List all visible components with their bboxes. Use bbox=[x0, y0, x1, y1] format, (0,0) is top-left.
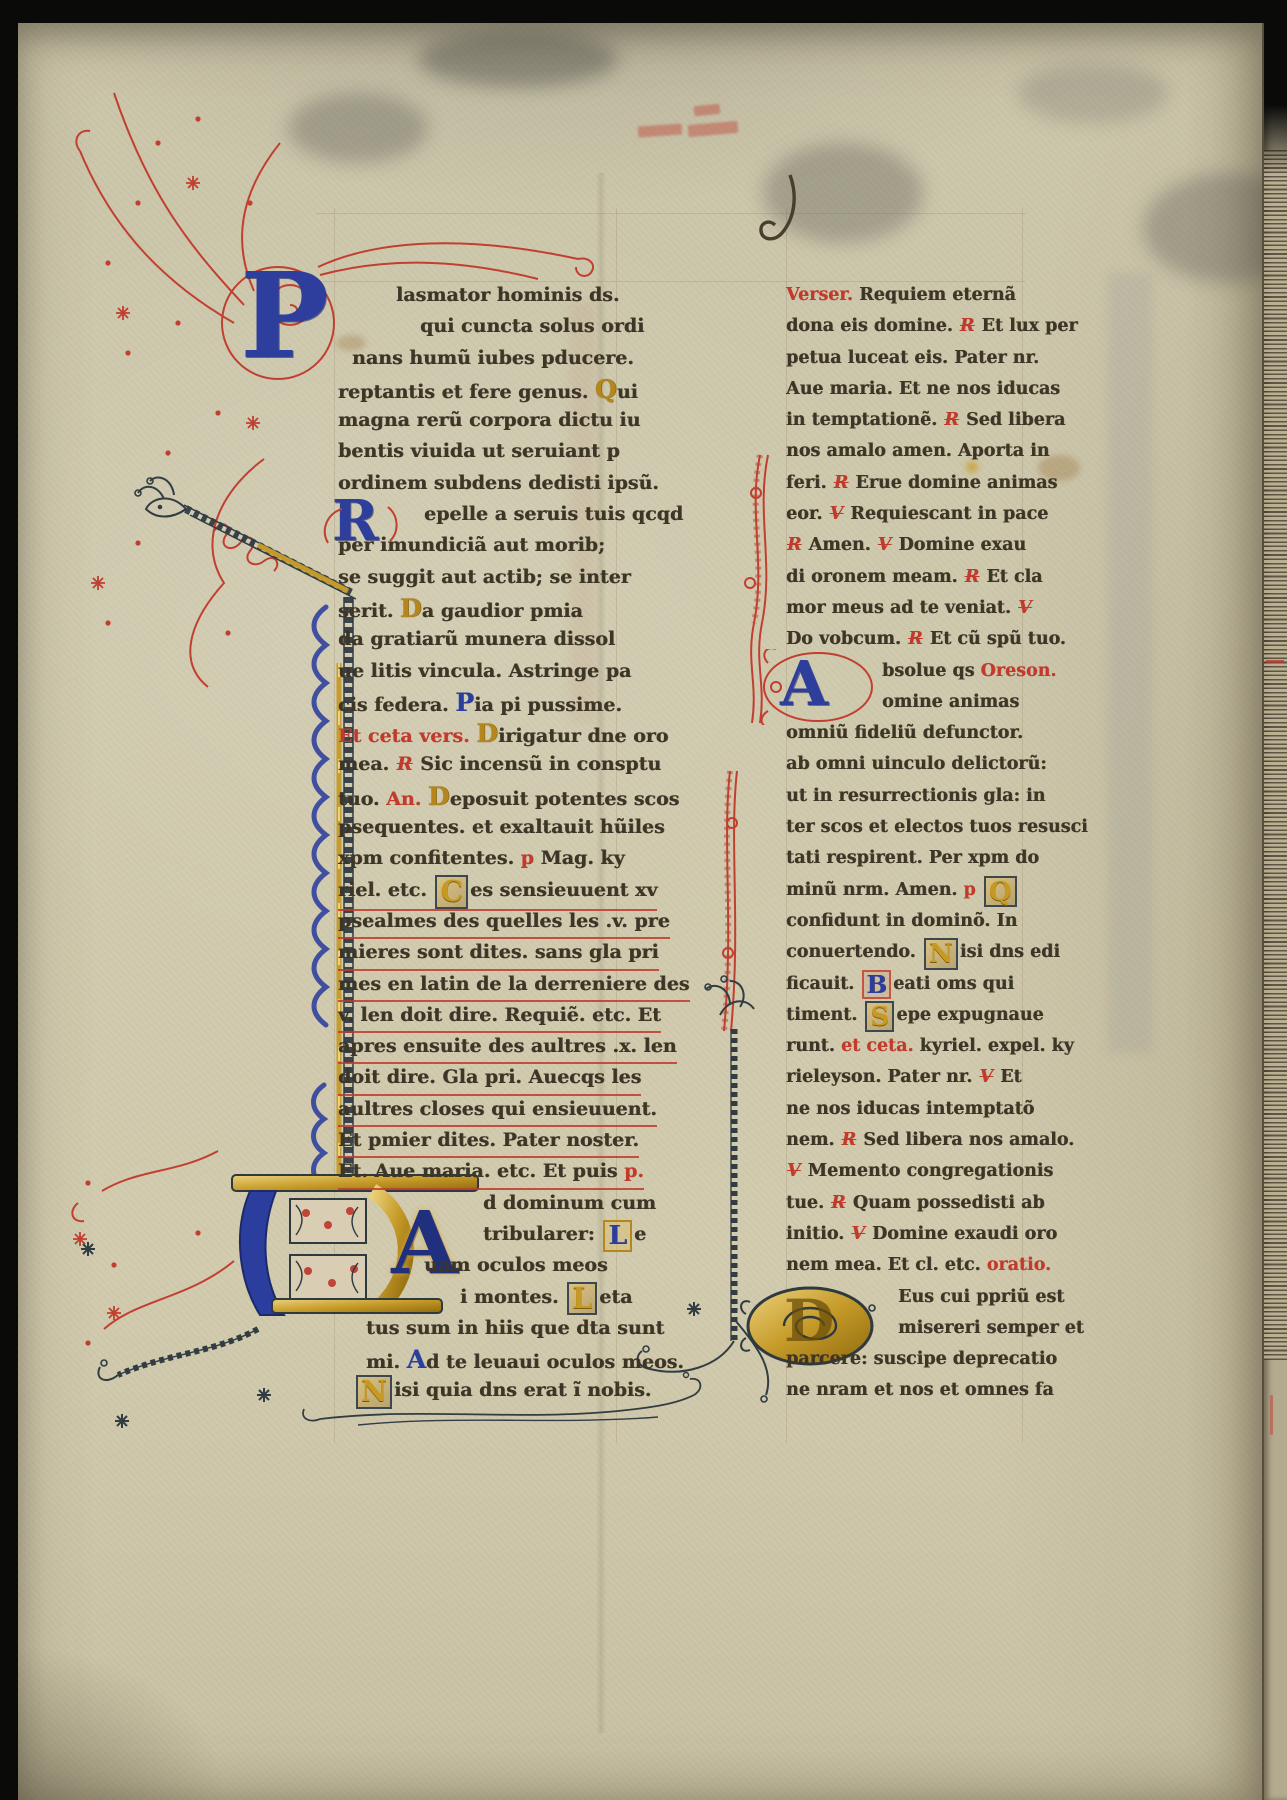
text-line: nans humũ iubes pducere. bbox=[338, 343, 614, 374]
text-segment: Requiem eternã bbox=[859, 285, 1016, 305]
text-line: ter scos et electos tuos resusci bbox=[786, 812, 1022, 843]
text-segment: An. bbox=[386, 788, 428, 810]
text-segment: R bbox=[396, 753, 414, 775]
text-segment: minũ nrm. Amen. bbox=[786, 880, 964, 900]
text-line: psequentes. et exaltauit hũiles bbox=[338, 812, 614, 843]
text-segment: Verser. bbox=[786, 285, 859, 305]
initial-letter: P bbox=[240, 257, 330, 375]
text-segment: R bbox=[830, 1193, 847, 1213]
text-segment: C bbox=[435, 875, 468, 909]
text-line: qui cuncta solus ordi bbox=[338, 311, 614, 342]
text-segment: v. len doit dire. Requiẽ. etc. Et bbox=[338, 1004, 661, 1026]
text-segment: irigatur dne oro bbox=[498, 725, 668, 747]
text-segment: isi dns edi bbox=[960, 942, 1060, 962]
text-line: Verser. Requiem eternã bbox=[786, 280, 1022, 311]
blue-leaf-border bbox=[314, 607, 327, 1187]
text-line: ab omni uinculo delictorũ: bbox=[786, 749, 1022, 780]
text-segment: xpm confitentes. bbox=[338, 847, 521, 869]
text-segment: Q bbox=[595, 374, 617, 404]
text-segment: di oronem meam. bbox=[786, 567, 964, 587]
text-segment: rieleyson. Pater nr. bbox=[786, 1067, 978, 1087]
ruling-line bbox=[316, 213, 1026, 214]
text-segment: tribularer: bbox=[483, 1223, 601, 1245]
text-segment: parcere: suscipe deprecatio bbox=[786, 1349, 1057, 1369]
text-line: psealmes des quelles les .v. pre bbox=[338, 906, 614, 937]
text-line: d dominum cum bbox=[338, 1188, 614, 1219]
text-segment: tati respirent. Per xpm do bbox=[786, 848, 1039, 868]
smudge bbox=[1018, 63, 1168, 123]
text-line: bsolue qs Oreson. bbox=[786, 656, 1022, 687]
text-segment: uam oculos meos bbox=[424, 1254, 608, 1276]
text-line: Et ceta vers. Dirigatur dne oro bbox=[338, 718, 614, 749]
text-segment: V bbox=[978, 1067, 994, 1087]
text-line: mor meus ad te veniat. V bbox=[786, 593, 1022, 624]
text-line: conuertendo. Nisi dns edi bbox=[786, 937, 1022, 968]
text-line: Do vobcum. R Et cũ spũ tuo. bbox=[786, 624, 1022, 655]
text-line: R Amen. V Domine exau bbox=[786, 530, 1022, 561]
text-segment: conuertendo. bbox=[786, 942, 922, 962]
text-segment: Sic incensũ in consptu bbox=[414, 753, 662, 775]
text-segment: ui bbox=[617, 381, 638, 403]
text-segment: Et cla bbox=[980, 567, 1042, 587]
text-line: mi. Ad te leuaui oculos meos. bbox=[338, 1344, 614, 1375]
text-line: apres ensuite des aultres .x. len bbox=[338, 1031, 614, 1062]
text-segment: eta bbox=[599, 1286, 632, 1308]
text-segment: es sensieuuent xv bbox=[470, 879, 657, 901]
text-segment: omine animas bbox=[882, 692, 1019, 712]
text-column-right: Verser. Requiem eternãdona eis domine. R… bbox=[786, 280, 1022, 1407]
text-segment: per imundiciã aut morib; bbox=[338, 534, 605, 556]
text-segment: eposuit potentes scos bbox=[450, 788, 680, 810]
text-line: timent. Sepe expugnaue bbox=[786, 1000, 1022, 1031]
text-segment: R bbox=[907, 629, 924, 649]
text-line: reptantis et fere genus. Qui bbox=[338, 374, 614, 405]
text-segment: R bbox=[841, 1130, 858, 1150]
text-line: bentis viuida ut seruiant p bbox=[338, 436, 614, 467]
text-segment: N bbox=[924, 938, 958, 970]
text-segment: L bbox=[567, 1282, 597, 1316]
book-fore-edge-pages bbox=[1262, 0, 1287, 1800]
text-line: nos amalo amen. Aporta in bbox=[786, 436, 1022, 467]
text-segment: Amen. bbox=[803, 535, 877, 555]
text-line: mes en latin de la derreniere des bbox=[338, 969, 614, 1000]
text-line: se suggit aut actib; se inter bbox=[338, 562, 614, 593]
text-segment: riel. etc. bbox=[338, 879, 433, 901]
text-line: confidunt in dominõ. In bbox=[786, 906, 1022, 937]
text-segment: feri. bbox=[786, 473, 833, 493]
text-segment: Domine exau bbox=[892, 535, 1026, 555]
text-segment: nos amalo amen. Aporta in bbox=[786, 441, 1049, 461]
pen-trial-mark bbox=[761, 175, 794, 239]
text-segment: initio. bbox=[786, 1224, 850, 1244]
text-segment: A bbox=[407, 1344, 426, 1374]
text-segment: nem. bbox=[786, 1130, 841, 1150]
text-line: lasmator hominis ds. bbox=[338, 280, 614, 311]
text-segment: misereri semper et bbox=[898, 1318, 1084, 1338]
text-segment: da gratiarũ munera dissol bbox=[338, 628, 615, 650]
text-segment: p bbox=[521, 847, 541, 869]
fore-edge-rubric-mark bbox=[1266, 660, 1284, 663]
text-segment: V bbox=[786, 1161, 802, 1181]
verso-show-through bbox=[1108, 273, 1152, 1053]
text-line: aultres closes qui ensieuuent. bbox=[338, 1094, 614, 1125]
text-line: da gratiarũ munera dissol bbox=[338, 624, 614, 655]
text-segment: V bbox=[877, 535, 893, 555]
text-line: magna rerũ corpora dictu iu bbox=[338, 405, 614, 436]
text-segment: magna rerũ corpora dictu iu bbox=[338, 409, 640, 431]
text-segment: nem mea. Et cl. etc. bbox=[786, 1255, 987, 1275]
text-segment: ordinem subdens dedisti ipsũ. bbox=[338, 472, 659, 494]
text-segment: e bbox=[634, 1223, 646, 1245]
text-segment: confidunt in dominõ. In bbox=[786, 911, 1017, 931]
text-segment: Et lux per bbox=[975, 316, 1077, 336]
text-segment: D bbox=[400, 593, 422, 623]
text-segment: B bbox=[862, 970, 891, 1000]
text-segment: Sed libera bbox=[960, 410, 1065, 430]
text-segment: psequentes. et exaltauit hũiles bbox=[338, 816, 665, 838]
text-segment: d te leuaui oculos meos. bbox=[426, 1351, 684, 1373]
text-segment: Erue domine animas bbox=[849, 473, 1057, 493]
text-segment: ab omni uinculo delictorũ: bbox=[786, 754, 1047, 774]
text-segment: S bbox=[865, 1001, 894, 1033]
text-segment: kyriel. expel. ky bbox=[920, 1036, 1074, 1056]
text-segment: N bbox=[356, 1375, 392, 1409]
text-segment: psealmes des quelles les .v. pre bbox=[338, 910, 670, 932]
text-line: nem. R Sed libera nos amalo. bbox=[786, 1125, 1022, 1156]
text-segment: ter scos et electos tuos resusci bbox=[786, 817, 1088, 837]
text-segment: qui cuncta solus ordi bbox=[420, 315, 644, 337]
text-line: minũ nrm. Amen. p Q bbox=[786, 875, 1022, 906]
text-segment: doit dire. Gla pri. Auecqs les bbox=[338, 1066, 641, 1088]
black-border-top bbox=[0, 0, 1287, 23]
text-segment: a gaudior pmia bbox=[422, 600, 583, 622]
text-segment: R bbox=[943, 410, 960, 430]
text-line: epelle a seruis tuis qcqd bbox=[338, 499, 614, 530]
text-column-left: lasmator hominis ds.qui cuncta solus ord… bbox=[338, 280, 614, 1407]
text-segment: Do vobcum. bbox=[786, 629, 907, 649]
text-segment: Et. Aue maria. etc. Et puis bbox=[338, 1160, 624, 1182]
text-segment: ne nram et nos et omnes fa bbox=[786, 1380, 1054, 1400]
text-segment: Q bbox=[984, 876, 1017, 908]
manuscript-photo: P R A A bbox=[0, 0, 1287, 1800]
gold-bar bbox=[258, 545, 348, 1185]
text-line: cis federa. Pia pi pussime. bbox=[338, 687, 614, 718]
text-segment: ia pi pussime. bbox=[474, 694, 622, 716]
text-segment: bsolue qs bbox=[882, 661, 981, 681]
text-segment: ue litis vincula. Astringe pa bbox=[338, 660, 631, 682]
text-line: parcere: suscipe deprecatio bbox=[786, 1344, 1022, 1375]
text-line: omine animas bbox=[786, 687, 1022, 718]
fore-edge-text-lines bbox=[1264, 150, 1287, 1360]
text-line: tuo. An. Deposuit potentes scos bbox=[338, 781, 614, 812]
text-segment: petua luceat eis. Pater nr. bbox=[786, 348, 1039, 368]
smudge bbox=[288, 93, 428, 163]
text-segment: lasmator hominis ds. bbox=[396, 284, 619, 306]
text-line: tus sum in hiis que dta sunt bbox=[338, 1313, 614, 1344]
smudge bbox=[763, 143, 923, 243]
text-segment: D bbox=[476, 718, 498, 748]
text-line: dona eis domine. R Et lux per bbox=[786, 311, 1022, 342]
text-line: omniũ fideliũ defunctor. bbox=[786, 718, 1022, 749]
text-segment: V bbox=[829, 504, 845, 524]
smudge bbox=[418, 31, 618, 87]
text-line: tribularer: Le bbox=[338, 1219, 614, 1250]
text-line: di oronem meam. R Et cla bbox=[786, 562, 1022, 593]
text-line: Nisi quia dns erat ĩ nobis. bbox=[338, 1375, 614, 1406]
text-segment: apres ensuite des aultres .x. len bbox=[338, 1035, 677, 1057]
text-line: Eus cui ppriũ est bbox=[786, 1282, 1022, 1313]
text-segment: mor meus ad te veniat. bbox=[786, 598, 1017, 618]
text-segment: eati oms qui bbox=[893, 974, 1014, 994]
text-segment: omniũ fideliũ defunctor. bbox=[786, 723, 1023, 743]
text-line: per imundiciã aut morib; bbox=[338, 530, 614, 561]
text-segment: tue. bbox=[786, 1193, 830, 1213]
text-line: V Memento congregationis bbox=[786, 1156, 1022, 1187]
text-segment: D bbox=[428, 781, 450, 811]
text-line: misereri semper et bbox=[786, 1313, 1022, 1344]
text-segment: isi quia dns erat ĩ nobis. bbox=[394, 1379, 651, 1401]
text-segment: Et ceta vers. bbox=[338, 725, 476, 747]
text-line: in temptationẽ. R Sed libera bbox=[786, 405, 1022, 436]
faint-red-inscription bbox=[630, 103, 750, 151]
text-line: ut in resurrectionis gla: in bbox=[786, 781, 1022, 812]
text-line: ficauit. Beati oms qui bbox=[786, 969, 1022, 1000]
text-segment: R bbox=[786, 535, 803, 555]
text-segment: in temptationẽ. bbox=[786, 410, 943, 430]
text-line: Aue maria. Et ne nos iducas bbox=[786, 374, 1022, 405]
text-segment: ficauit. bbox=[786, 974, 860, 994]
text-segment: Et bbox=[994, 1067, 1022, 1087]
text-segment: p bbox=[964, 880, 982, 900]
text-line: nem mea. Et cl. etc. oratio. bbox=[786, 1250, 1022, 1281]
text-line: doit dire. Gla pri. Auecqs les bbox=[338, 1062, 614, 1093]
text-segment: bentis viuida ut seruiant p bbox=[338, 440, 620, 462]
text-segment: mea. bbox=[338, 753, 396, 775]
text-segment: oratio. bbox=[987, 1255, 1051, 1275]
text-segment: tuo. bbox=[338, 788, 386, 810]
text-line: mieres sont dites. sans gla pri bbox=[338, 937, 614, 968]
text-segment: epe expugnaue bbox=[896, 1005, 1043, 1025]
text-segment: Mag. ky bbox=[541, 847, 625, 869]
text-line: ne nos iducas intemptatõ bbox=[786, 1094, 1022, 1125]
text-line: feri. R Erue domine animas bbox=[786, 468, 1022, 499]
text-line: eor. V Requiescant in pace bbox=[786, 499, 1022, 530]
text-segment: dona eis domine. bbox=[786, 316, 959, 336]
text-line: ue litis vincula. Astringe pa bbox=[338, 656, 614, 687]
text-segment: Memento congregationis bbox=[802, 1161, 1054, 1181]
text-line: mea. R Sic incensũ in consptu bbox=[338, 749, 614, 780]
text-line: initio. V Domine exaudi oro bbox=[786, 1219, 1022, 1250]
text-segment: Et cũ spũ tuo. bbox=[924, 629, 1066, 649]
text-segment: d dominum cum bbox=[483, 1192, 656, 1214]
text-segment: nans humũ iubes pducere. bbox=[352, 347, 634, 369]
text-segment: R bbox=[959, 316, 976, 336]
illuminated-initial-plasmator: P bbox=[226, 251, 330, 393]
text-segment: R bbox=[833, 473, 850, 493]
text-segment: serit. bbox=[338, 600, 400, 622]
text-segment: Domine exaudi oro bbox=[866, 1224, 1057, 1244]
text-segment: ne nos iducas intemptatõ bbox=[786, 1099, 1034, 1119]
text-line: xpm confitentes. p Mag. ky bbox=[338, 843, 614, 874]
text-segment: Oreson. bbox=[981, 661, 1057, 681]
text-segment: Requiescant in pace bbox=[844, 504, 1048, 524]
text-segment: epelle a seruis tuis qcqd bbox=[424, 503, 683, 525]
text-segment: eor. bbox=[786, 504, 829, 524]
text-line: v. len doit dire. Requiẽ. etc. Et bbox=[338, 1000, 614, 1031]
text-line: serit. Da gaudior pmia bbox=[338, 593, 614, 624]
text-segment: V bbox=[1017, 598, 1033, 618]
text-segment: V bbox=[850, 1224, 866, 1244]
text-segment: aultres closes qui ensieuuent. bbox=[338, 1098, 657, 1120]
text-segment: et ceta. bbox=[841, 1036, 920, 1056]
text-segment: Eus cui ppriũ est bbox=[898, 1287, 1064, 1307]
text-segment: Aue maria. Et ne nos iducas bbox=[786, 379, 1060, 399]
text-line: runt. et ceta. kyriel. expel. ky bbox=[786, 1031, 1022, 1062]
text-line: tati respirent. Per xpm do bbox=[786, 843, 1022, 874]
fore-edge-shadow bbox=[1264, 0, 1287, 175]
text-line: Et. Aue maria. etc. Et puis p. bbox=[338, 1156, 614, 1187]
text-segment: Quam possedisti ab bbox=[847, 1193, 1045, 1213]
text-segment: P bbox=[455, 687, 474, 717]
text-line: riel. etc. Ces sensieuuent xv bbox=[338, 875, 614, 906]
text-segment: se suggit aut actib; se inter bbox=[338, 566, 631, 588]
text-segment: L bbox=[603, 1220, 632, 1252]
text-segment: cis federa. bbox=[338, 694, 455, 716]
text-segment: ut in resurrectionis gla: in bbox=[786, 786, 1045, 806]
text-segment: Sed libera nos amalo. bbox=[857, 1130, 1074, 1150]
black-border-left bbox=[0, 0, 18, 1800]
text-segment: p. bbox=[624, 1160, 644, 1182]
text-line: ordinem subdens dedisti ipsũ. bbox=[338, 468, 614, 499]
text-segment: R bbox=[964, 567, 981, 587]
text-segment: i montes. bbox=[460, 1286, 565, 1308]
text-segment: runt. bbox=[786, 1036, 841, 1056]
text-segment: timent. bbox=[786, 1005, 863, 1025]
fore-edge-rubric-mark bbox=[1270, 1395, 1273, 1435]
text-line: tue. R Quam possedisti ab bbox=[786, 1188, 1022, 1219]
text-line: uam oculos meos bbox=[338, 1250, 614, 1281]
text-segment: tus sum in hiis que dta sunt bbox=[366, 1317, 664, 1339]
text-line: petua luceat eis. Pater nr. bbox=[786, 343, 1022, 374]
text-segment: Et pmier dites. Pater noster. bbox=[338, 1129, 639, 1151]
text-segment: mi. bbox=[366, 1351, 407, 1373]
parchment-page: P R A A bbox=[18, 23, 1262, 1800]
text-line: Et pmier dites. Pater noster. bbox=[338, 1125, 614, 1156]
text-segment: mes en latin de la derreniere des bbox=[338, 973, 690, 995]
text-line: ne nram et nos et omnes fa bbox=[786, 1375, 1022, 1406]
text-segment: reptantis et fere genus. bbox=[338, 381, 595, 403]
text-line: i montes. Leta bbox=[338, 1282, 614, 1313]
text-line: rieleyson. Pater nr. V Et bbox=[786, 1062, 1022, 1093]
text-segment: mieres sont dites. sans gla pri bbox=[338, 941, 659, 963]
